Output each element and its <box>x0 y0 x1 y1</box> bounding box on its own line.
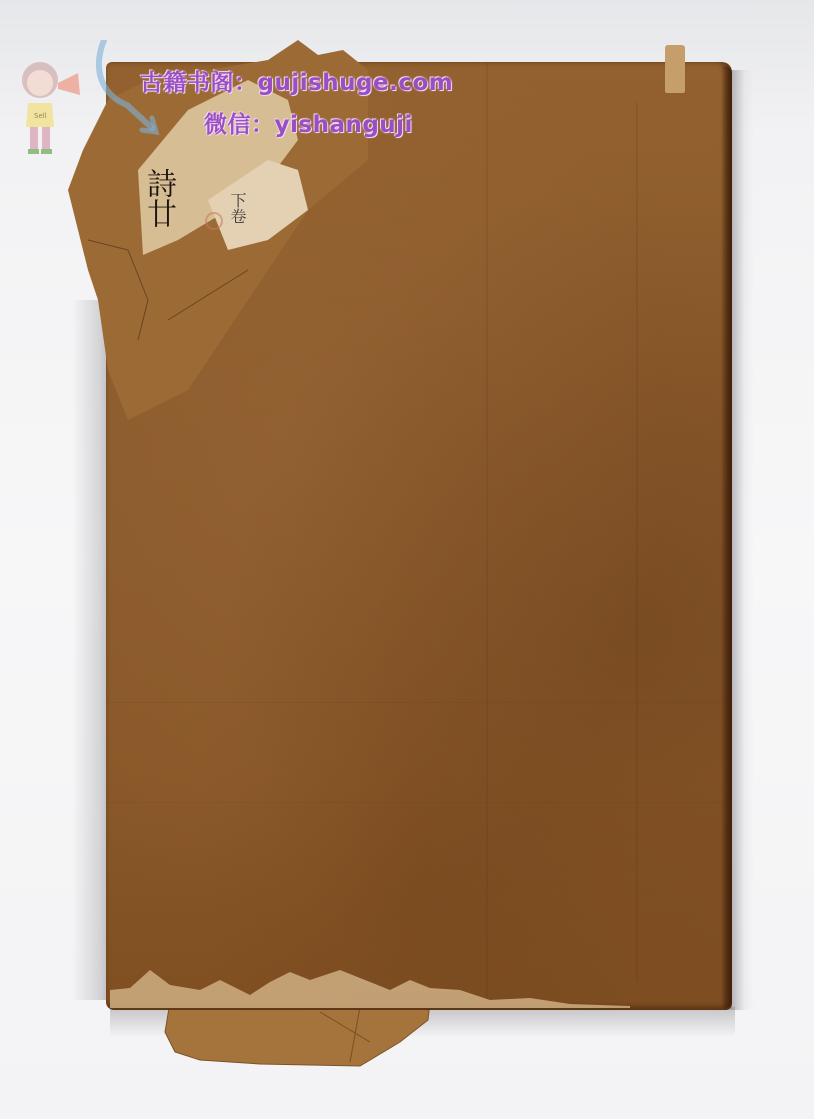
bottom-torn-flap <box>160 1002 440 1072</box>
vertical-crease <box>486 62 488 1002</box>
cover-right-edge <box>722 66 732 1008</box>
watermark-wechat: 微信：yishanguji <box>204 106 413 139</box>
torn-top-tab <box>665 45 685 93</box>
handwritten-title: 詩廿 <box>140 168 176 228</box>
horizontal-crease <box>106 802 726 803</box>
handwritten-note: 下卷 <box>226 192 249 224</box>
vertical-crease <box>636 102 638 982</box>
bottom-worn-edge <box>110 960 630 1010</box>
svg-text:Sell: Sell <box>34 112 47 120</box>
watermark-site: 古籍书阁：gujishuge.com <box>140 64 453 97</box>
faded-stamp-mark <box>205 212 223 230</box>
horizontal-crease <box>106 702 726 703</box>
right-shadow <box>730 70 754 1010</box>
mascot-figure-icon: Sell <box>10 55 90 160</box>
